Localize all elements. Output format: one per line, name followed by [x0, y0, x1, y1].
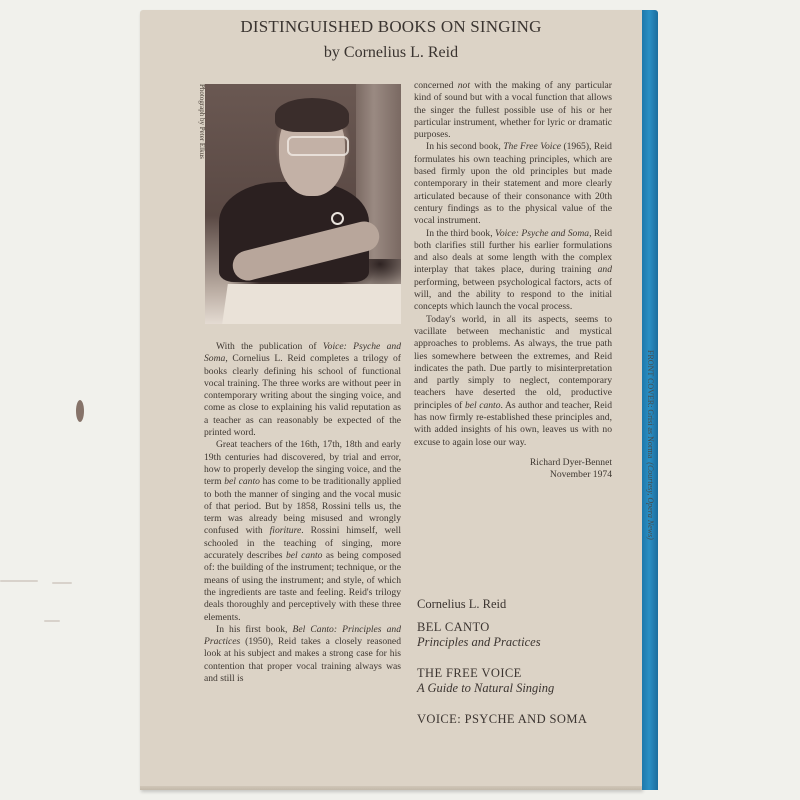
book-entry: BEL CANTOPrinciples and Practices — [417, 620, 637, 650]
photo-hair — [275, 98, 349, 132]
essay-paragraph: concerned not with the making of any par… — [414, 80, 612, 141]
author-photo — [205, 84, 401, 324]
essay-paragraph: With the publication of Voice: Psyche an… — [204, 341, 401, 439]
text-run: performing, between psychological factor… — [414, 277, 612, 313]
text-run: (1965), Reid formulates his own teaching… — [414, 141, 612, 226]
text-run: Today's world, in all its aspects, seems… — [414, 314, 612, 411]
essay-paragraph: In his second book, The Free Voice (1965… — [414, 141, 612, 227]
signature-date: November 1974 — [414, 469, 612, 481]
italic-text: and — [598, 264, 612, 275]
background-mark — [44, 620, 60, 622]
essay-right-column: concerned not with the making of any par… — [414, 80, 612, 480]
signature-name: Richard Dyer-Bennet — [414, 457, 612, 469]
italic-text: not — [458, 80, 470, 91]
book-subtitle: Principles and Practices — [417, 635, 637, 650]
background-mark — [52, 582, 72, 584]
book-title: VOICE: PSYCHE AND SOMA — [417, 712, 637, 727]
essay-paragraph: In his first book, Bel Canto: Principles… — [204, 624, 401, 685]
author-byline: by Cornelius L. Reid — [140, 44, 642, 62]
essay-paragraph: Today's world, in all its aspects, seems… — [414, 314, 612, 449]
italic-text: bel canto — [224, 476, 260, 487]
book-list: Cornelius L. Reid BEL CANTOPrinciples an… — [417, 597, 637, 743]
italic-text: bel canto — [286, 550, 322, 561]
book-list-entries: BEL CANTOPrinciples and PracticesTHE FRE… — [417, 620, 637, 727]
italic-text: fioriture — [270, 525, 302, 536]
book-list-author: Cornelius L. Reid — [417, 597, 637, 612]
text-run: In the third book, — [426, 228, 495, 239]
photo-glasses — [287, 136, 349, 156]
essay-left-column: With the publication of Voice: Psyche an… — [204, 341, 401, 685]
background-mark — [0, 580, 38, 582]
photo-badge — [331, 212, 344, 225]
cover-credit-courtesy: (Courtesy, Opera News) — [646, 462, 655, 540]
text-run: concerned — [414, 80, 458, 91]
text-run: , Cornelius L. Reid completes a trilogy … — [204, 353, 401, 438]
essay-signature: Richard Dyer-Bennet November 1974 — [414, 457, 612, 480]
essay-paragraph: In the third book, Voice: Psyche and Som… — [414, 228, 612, 314]
front-cover-credit: FRONT COVER: Grisi as Norma (Courtesy, O… — [645, 350, 655, 650]
cover-credit-label: FRONT COVER: Grisi as Norma — [646, 350, 655, 458]
text-run: In his second book, — [426, 141, 503, 152]
book-title: THE FREE VOICE — [417, 666, 637, 681]
italic-text: bel canto — [465, 400, 501, 411]
text-run: In his first book, — [216, 624, 293, 635]
page-title: DISTINGUISHED BOOKS ON SINGING — [140, 17, 642, 37]
essay-paragraph: Great teachers of the 16th, 17th, 18th a… — [204, 439, 401, 623]
book-title: BEL CANTO — [417, 620, 637, 635]
italic-text: Voice: Psyche and Soma — [495, 228, 589, 239]
photo-paper — [222, 284, 401, 324]
book-entry: THE FREE VOICEA Guide to Natural Singing — [417, 666, 637, 696]
background-smudge — [76, 400, 84, 422]
book-subtitle: A Guide to Natural Singing — [417, 681, 637, 696]
text-run: With the publication of — [216, 341, 323, 352]
book-entry: VOICE: PSYCHE AND SOMA — [417, 712, 637, 727]
italic-text: The Free Voice — [503, 141, 561, 152]
essay-right-paragraphs: concerned not with the making of any par… — [414, 80, 612, 449]
